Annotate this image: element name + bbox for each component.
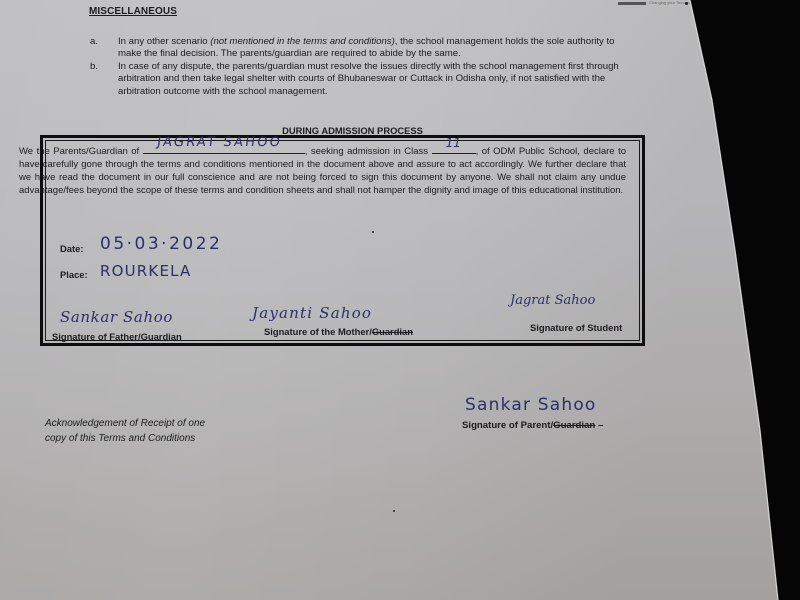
student-signature-label: Signature of Student (530, 322, 622, 333)
place-label: Place: (60, 269, 88, 280)
label-text-guardian: Guardian (141, 331, 182, 342)
label-text-guardian-struck: Guardian (553, 420, 595, 431)
logo-bar (618, 2, 646, 5)
student-name-field[interactable]: JAGRAT SAHOO (143, 142, 305, 154)
ink-dot (393, 510, 395, 512)
mother-signature[interactable]: Jayanti Sahoo (252, 304, 372, 322)
student-name-handwritten: JAGRAT SAHOO (156, 137, 283, 150)
label-text: Signature of Father/ (52, 331, 141, 342)
declaration-part: , seeking admission in Class (305, 146, 432, 157)
ack-line: copy of this Terms and Conditions (45, 431, 265, 446)
class-field[interactable]: 11 (432, 142, 476, 154)
declaration-text: We the Parents/Guardian of JAGRAT SAHOO,… (19, 142, 626, 198)
label-text: Signature of the Mother/ (264, 326, 372, 337)
class-handwritten: 11 (446, 137, 461, 150)
misc-text-italic: (not mentioned in the terms and conditio… (210, 36, 395, 47)
misc-item-a: a. In any other scenario (not mentioned … (88, 36, 628, 61)
miscellaneous-list: a. In any other scenario (not mentioned … (88, 36, 628, 98)
dash-mark: – (595, 420, 603, 431)
miscellaneous-heading: MISCELLANEOUS (89, 6, 177, 17)
school-logo-strip: Changing your Tomorrow (618, 1, 688, 7)
document-page: Changing your Tomorrow MISCELLANEOUS a. … (0, 0, 800, 600)
parent-acknowledgement-signature[interactable]: Sankar Sahoo (465, 395, 597, 415)
label-text: Signature of Parent/ (462, 420, 553, 431)
acknowledgement-text: Acknowledgement of Receipt of one copy o… (45, 416, 265, 446)
mother-signature-label: Signature of the Mother/Guardian (264, 326, 413, 337)
father-signature-label: Signature of Father/Guardian (52, 331, 182, 342)
place-handwritten[interactable]: ROURKELA (100, 262, 192, 280)
date-label: Date: (60, 243, 83, 254)
declaration-part: We the Parents/Guardian of (19, 146, 143, 157)
date-handwritten[interactable]: 05·03·2022 (100, 234, 222, 254)
ack-line: Acknowledgement of Receipt of one (45, 416, 265, 431)
student-signature[interactable]: Jagrat Sahoo (510, 293, 595, 308)
misc-item-b: b. In case of any dispute, the parents/g… (88, 61, 628, 98)
parent-signature-label: Signature of Parent/Guardian – (462, 420, 603, 431)
misc-text: In any other scenario (118, 36, 210, 47)
photo-stage: Changing your Tomorrow MISCELLANEOUS a. … (0, 0, 800, 600)
father-signature[interactable]: Sankar Sahoo (60, 308, 173, 326)
list-marker: b. (90, 61, 98, 73)
misc-text: In case of any dispute, the parents/guar… (118, 61, 619, 97)
ink-dot (372, 231, 374, 233)
list-marker: a. (90, 36, 98, 48)
label-text-guardian-struck: Guardian (372, 326, 413, 337)
logo-dot-icon (685, 2, 688, 5)
